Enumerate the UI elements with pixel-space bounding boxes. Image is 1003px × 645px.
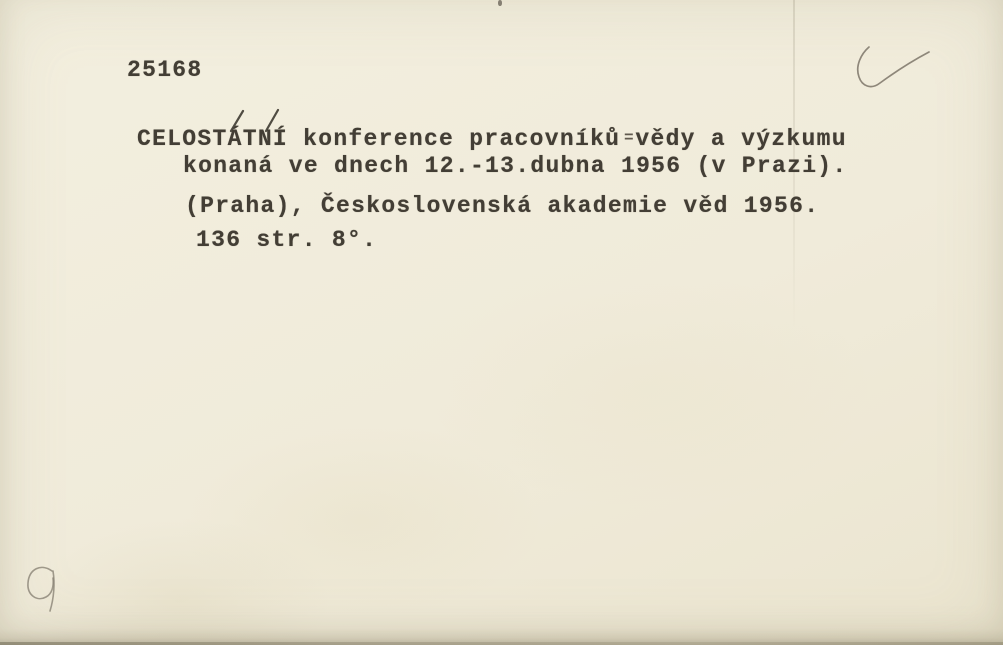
pencil-mark-bottom-left-icon <box>50 571 54 611</box>
pencil-mark-top-right-icon <box>858 47 929 87</box>
typewriter-artifact: = <box>624 129 634 147</box>
catalog-number: 25168 <box>127 57 203 83</box>
pencil-mark-bottom-left-icon <box>28 567 53 598</box>
collation-line: 136 str. 8°. <box>196 227 377 253</box>
pencil-marks-overlay <box>0 0 1003 645</box>
paper-speck <box>498 0 502 6</box>
imprint-line: (Praha), Československá akademie věd 195… <box>185 193 819 219</box>
title-line-2: konaná ve dnech 12.-13.dubna 1956 (v Pra… <box>183 153 848 179</box>
catalog-card: 25168 CELOSTÁTNÍ konference pracovníků v… <box>0 0 1003 645</box>
title-line-1: CELOSTÁTNÍ konference pracovníků vědy a … <box>137 126 847 152</box>
